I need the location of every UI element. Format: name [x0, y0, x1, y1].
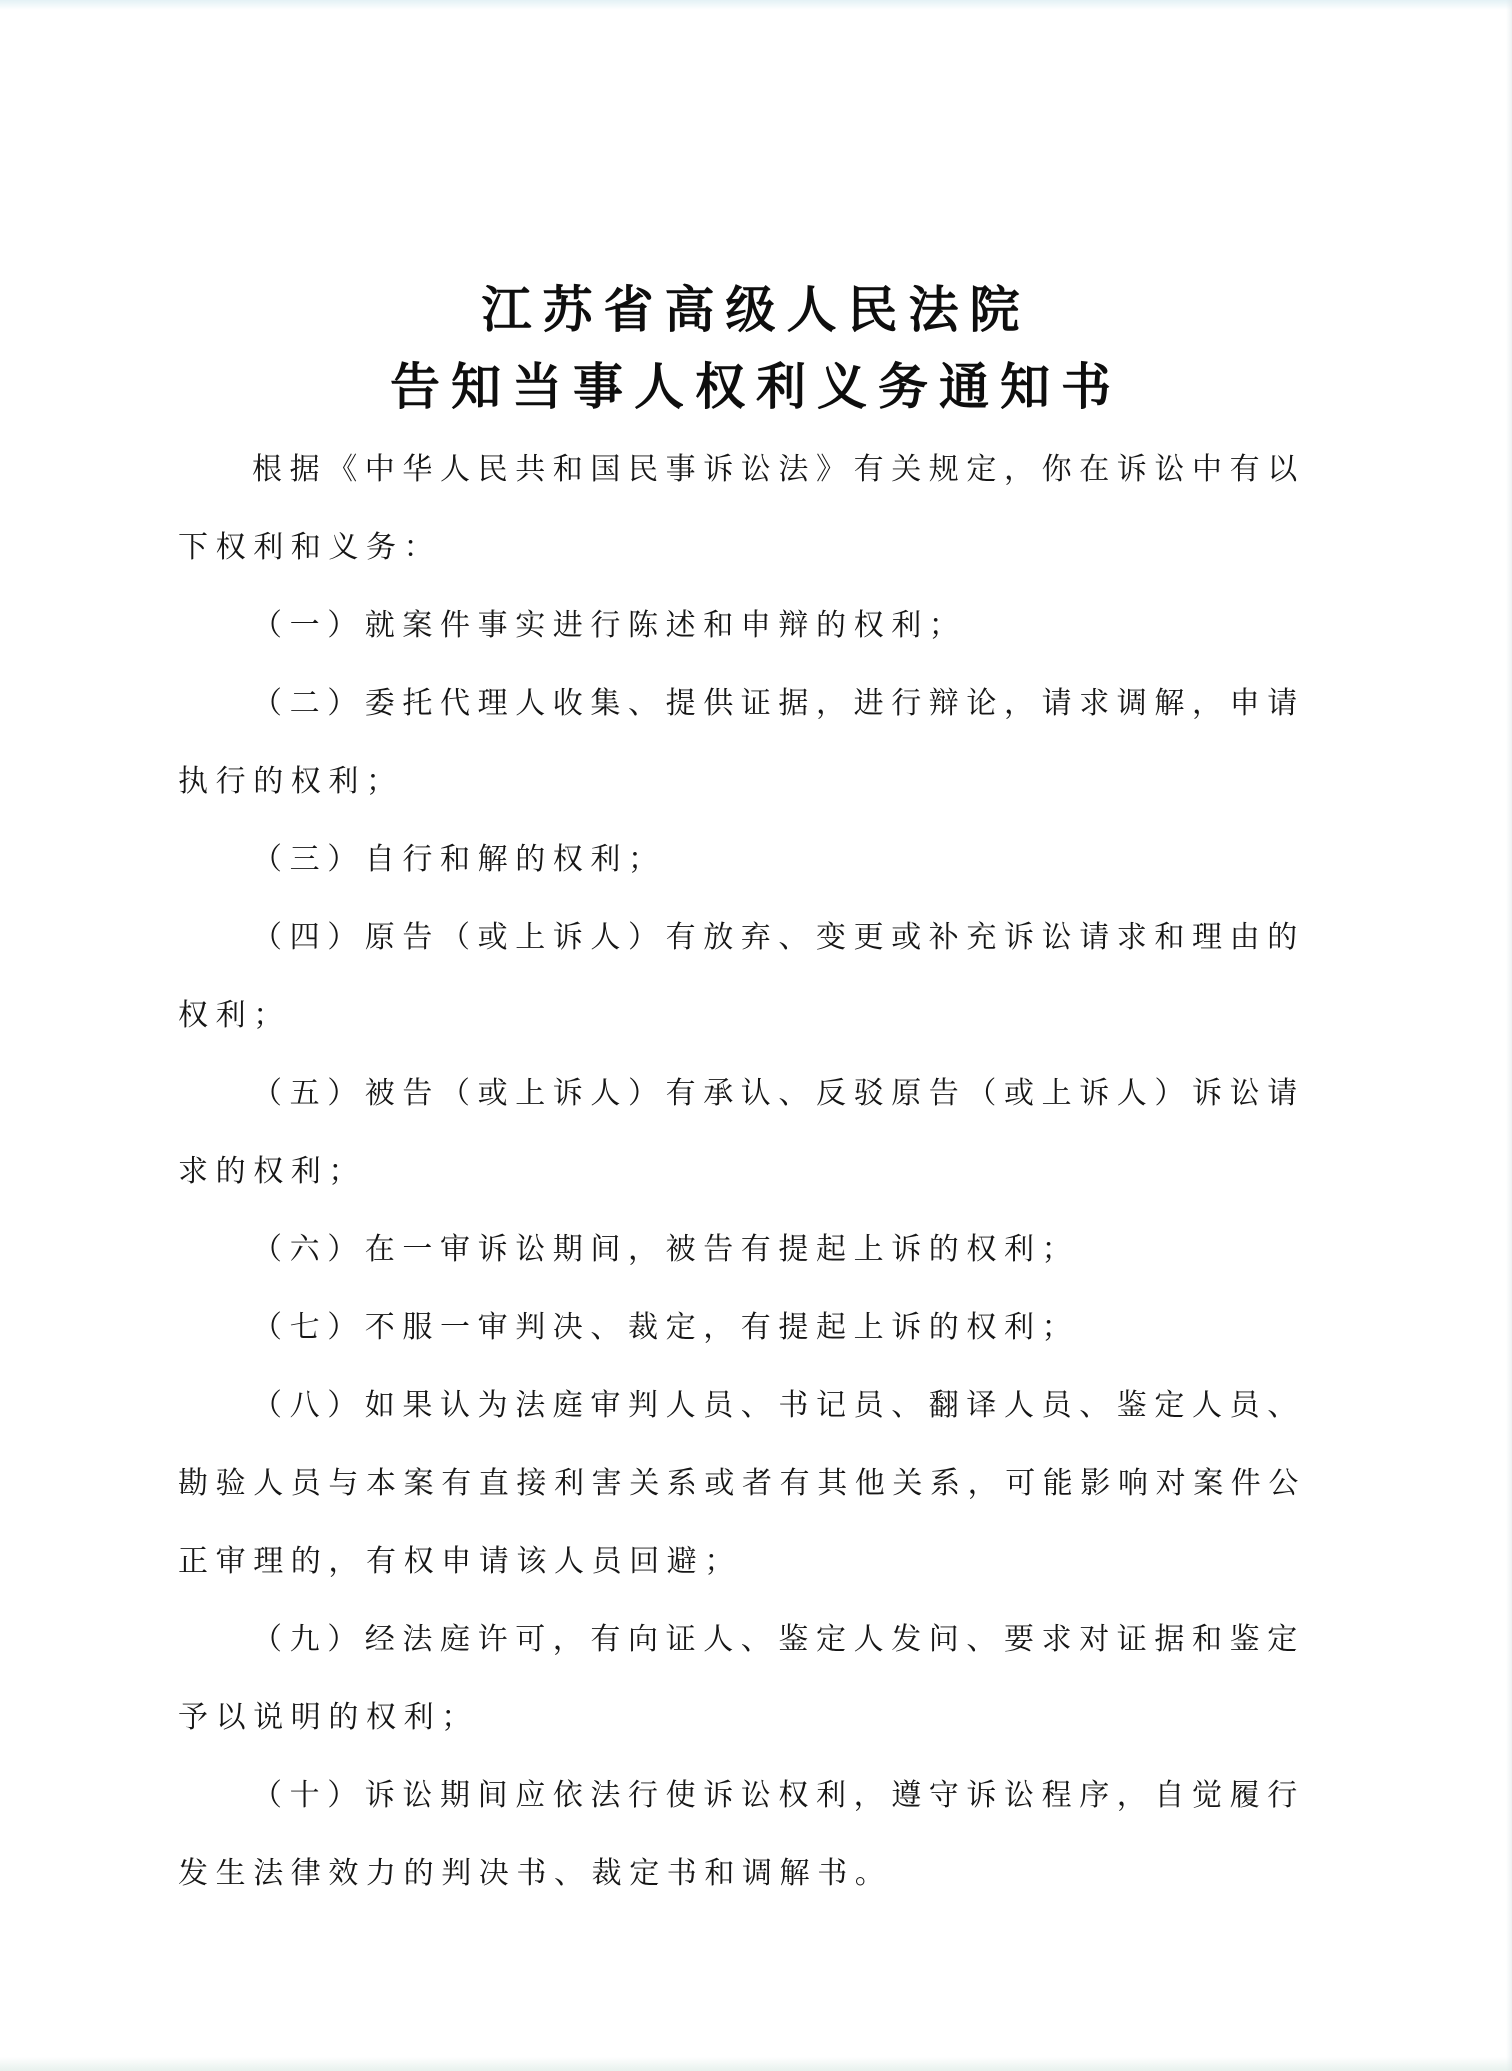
body-line: （八）如果认为法庭审判人员、书记员、翻译人员、鉴定人员、: [178, 1367, 1338, 1445]
body-line: 予以说明的权利；: [178, 1679, 1338, 1757]
body-line: （一）就案件事实进行陈述和申辩的权利；: [178, 587, 1338, 665]
body-line: （四）原告（或上诉人）有放弃、变更或补充诉讼请求和理由的: [178, 899, 1338, 977]
body-line: 根据《中华人民共和国民事诉讼法》有关规定，你在诉讼中有以: [178, 431, 1338, 509]
title-notice-name: 告知当事人权利义务通知书: [0, 357, 1512, 417]
document-page: 江苏省高级人民法院 告知当事人权利义务通知书 根据《中华人民共和国民事诉讼法》有…: [0, 0, 1512, 2071]
body-line: （五）被告（或上诉人）有承认、反驳原告（或上诉人）诉讼请: [178, 1055, 1338, 1133]
body-line: （六）在一审诉讼期间，被告有提起上诉的权利；: [178, 1211, 1338, 1289]
notice-body: 根据《中华人民共和国民事诉讼法》有关规定，你在诉讼中有以 下权利和义务： （一）…: [178, 431, 1338, 1913]
body-line: 勘验人员与本案有直接利害关系或者有其他关系，可能影响对案件公: [178, 1445, 1338, 1523]
body-line: 发生法律效力的判决书、裁定书和调解书。: [178, 1835, 1338, 1913]
body-line: （十）诉讼期间应依法行使诉讼权利，遵守诉讼程序，自觉履行: [178, 1757, 1338, 1835]
title-court-name: 江苏省高级人民法院: [0, 280, 1512, 340]
body-line: 求的权利；: [178, 1133, 1338, 1211]
body-line: 下权利和义务：: [178, 509, 1338, 587]
body-line: （三）自行和解的权利；: [178, 821, 1338, 899]
body-line: （二）委托代理人收集、提供证据，进行辩论，请求调解，申请: [178, 665, 1338, 743]
body-line: 执行的权利；: [178, 743, 1338, 821]
body-line: （七）不服一审判决、裁定，有提起上诉的权利；: [178, 1289, 1338, 1367]
body-line: 正审理的，有权申请该人员回避；: [178, 1523, 1338, 1601]
body-line: 权利；: [178, 977, 1338, 1055]
body-line: （九）经法庭许可，有向证人、鉴定人发问、要求对证据和鉴定: [178, 1601, 1338, 1679]
